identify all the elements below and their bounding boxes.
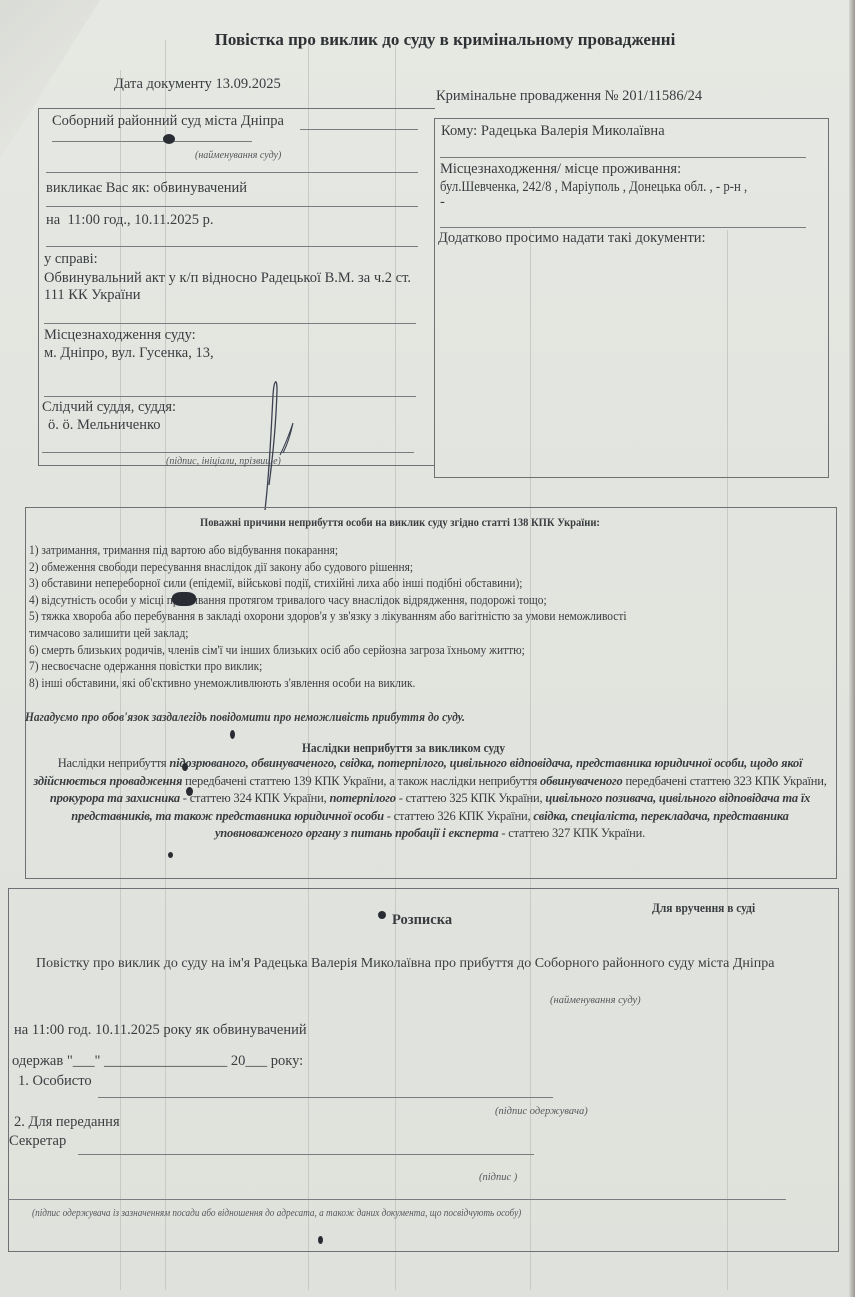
consequences-part: Наслідки неприбуття — [58, 756, 170, 770]
divider — [42, 452, 414, 453]
receipt-line-1: Повістку про виклик до суду на ім'я Раде… — [14, 955, 834, 972]
recipient-signature-caption: (підпис одержувача) — [495, 1106, 588, 1117]
judge-signature — [255, 375, 315, 515]
ink-blot — [182, 763, 188, 771]
consequences-part: обвинуваченого — [540, 774, 622, 788]
court-name-caption: (найменування суду) — [195, 150, 281, 161]
document-title: Повістка про виклик до суду в кримінальн… — [0, 30, 855, 50]
reason-item: 5) тяжка хвороба або перебування в закла… — [29, 608, 627, 625]
summon-as-label: викликає Вас як: — [46, 180, 150, 196]
reason-item: 1) затримання, тримання під вартою або в… — [29, 542, 627, 559]
signature-line[interactable] — [98, 1097, 553, 1098]
recipient-name: Радецька Валерія Миколаївна — [481, 123, 665, 139]
ink-blot — [186, 787, 193, 796]
time-prefix: на — [46, 212, 60, 228]
consequences-part: передбачені статтею 323 КПК України, — [623, 774, 827, 788]
secretary-signature-line[interactable] — [78, 1154, 534, 1155]
document-date: Дата документу 13.09.2025 — [114, 76, 281, 93]
ink-blot — [172, 592, 196, 606]
divider — [44, 323, 416, 324]
summon-time: на 11:00 год., 10.11.2025 р. — [46, 212, 213, 229]
receipt-heading: Розписка — [392, 912, 452, 929]
reason-item: 2) обмеження свободи пересування внаслід… — [29, 559, 627, 576]
reason-item: 4) відсутність особи у місці проживання … — [29, 592, 627, 609]
personally-label: 1. Особисто — [18, 1073, 92, 1090]
case-number-value: 201/11586/24 — [622, 88, 702, 104]
address-label: Місцезнаходження/ місце проживання: — [440, 161, 681, 178]
receipt-box — [8, 888, 839, 1252]
date-value: 13.09.2025 — [215, 76, 280, 92]
divider — [46, 246, 418, 247]
divider — [44, 396, 416, 397]
court-location-label: Місцезнаходження суду: — [44, 327, 196, 344]
recipient: Кому: Радецька Валерія Миколаївна — [441, 123, 665, 140]
document-page: Повістка про виклик до суду в кримінальн… — [0, 0, 855, 1297]
transfer-label: 2. Для передання — [14, 1114, 120, 1131]
secretary-label: Секретар — [9, 1133, 66, 1150]
case-label: у справі: — [44, 251, 98, 268]
divider — [46, 172, 418, 173]
recipient-label: Кому: — [441, 123, 477, 139]
divider — [440, 157, 806, 158]
receipt-corner-note: Для вручення в суді — [652, 900, 755, 916]
receipt-line-2: на 11:00 год. 10.11.2025 року як обвинув… — [14, 1022, 307, 1039]
case-number: Кримінальне провадження № 201/11586/24 — [436, 88, 702, 105]
consequences-part: прокурора та захисника — [50, 791, 180, 805]
ink-blot — [230, 730, 235, 739]
reasons-list: 1) затримання, тримання під вартою або в… — [29, 542, 627, 691]
reason-item: 7) несвоєчасне одержання повістки про ви… — [29, 658, 627, 675]
consequences-part: - статтею 327 КПК України. — [498, 826, 645, 840]
reasons-heading: Поважні причини неприбуття особи на викл… — [200, 515, 600, 530]
ink-blot — [378, 911, 386, 919]
consequences-heading: Наслідки неприбуття за викликом суду — [302, 740, 505, 756]
received-date-line: одержав "___" _________________ 20___ ро… — [12, 1053, 303, 1070]
judge-name: ӧ. ӧ. Мельниченко — [48, 417, 161, 434]
divider — [46, 206, 418, 207]
consequences-part: - статтею 326 КПК України, — [384, 809, 534, 823]
reason-item: тимчасово залишити цей заклад; — [29, 625, 627, 642]
paper-edge — [849, 0, 855, 1297]
reason-item: 6) смерть близьких родичів, членів сім'ї… — [29, 642, 627, 659]
reminder-text: Нагадуємо про обов'язок заздалегідь пові… — [25, 709, 465, 725]
ink-blot — [163, 134, 175, 144]
date-label: Дата документу — [114, 76, 212, 92]
consequences-part: потерпілого — [329, 791, 395, 805]
consequences-part: передбачені статтею 139 КПК України, а т… — [182, 774, 540, 788]
summon-as: викликає Вас як: обвинувачений — [46, 180, 247, 197]
address-value: бул.Шевченка, 242/8 , Маріуполь , Донець… — [440, 179, 747, 196]
address-extra: - — [440, 194, 445, 211]
summon-as-value: обвинувачений — [153, 180, 247, 196]
receipt-court-caption: (найменування суду) — [550, 995, 641, 1006]
underline — [300, 129, 418, 130]
consequences-text: Наслідки неприбуття підозрюваного, обвин… — [30, 755, 830, 843]
reason-item: 3) обставини непереборної сили (епідемії… — [29, 575, 627, 592]
consequences-part: - статтею 324 КПК України, — [180, 791, 330, 805]
case-text: Обвинувальний акт у к/п відносно Радецьк… — [44, 270, 424, 304]
ink-blot — [318, 1236, 323, 1244]
divider — [440, 227, 806, 228]
judge-label: Слідчий суддя, суддя: — [42, 399, 176, 416]
secretary-signature-caption: (підпис ) — [479, 1172, 517, 1183]
reason-item: 8) інші обставини, які об'єктивно унемож… — [29, 675, 627, 692]
court-name: Соборний районний суд міста Дніпра — [52, 113, 284, 130]
time-value: 11:00 год., 10.11.2025 р. — [67, 212, 213, 228]
bottom-caption: (підпис одержувача із зазначенням посади… — [32, 1208, 521, 1219]
underline — [52, 141, 252, 142]
court-location-value: м. Дніпро, вул. Гусенка, 13, — [44, 345, 214, 362]
documents-label: Додатково просимо надати такі документи: — [438, 230, 706, 247]
recipient-signature-line[interactable] — [8, 1199, 786, 1200]
ink-blot — [168, 852, 173, 858]
consequences-part: - статтею 325 КПК України, — [396, 791, 546, 805]
case-label: Кримінальне провадження № — [436, 88, 619, 104]
